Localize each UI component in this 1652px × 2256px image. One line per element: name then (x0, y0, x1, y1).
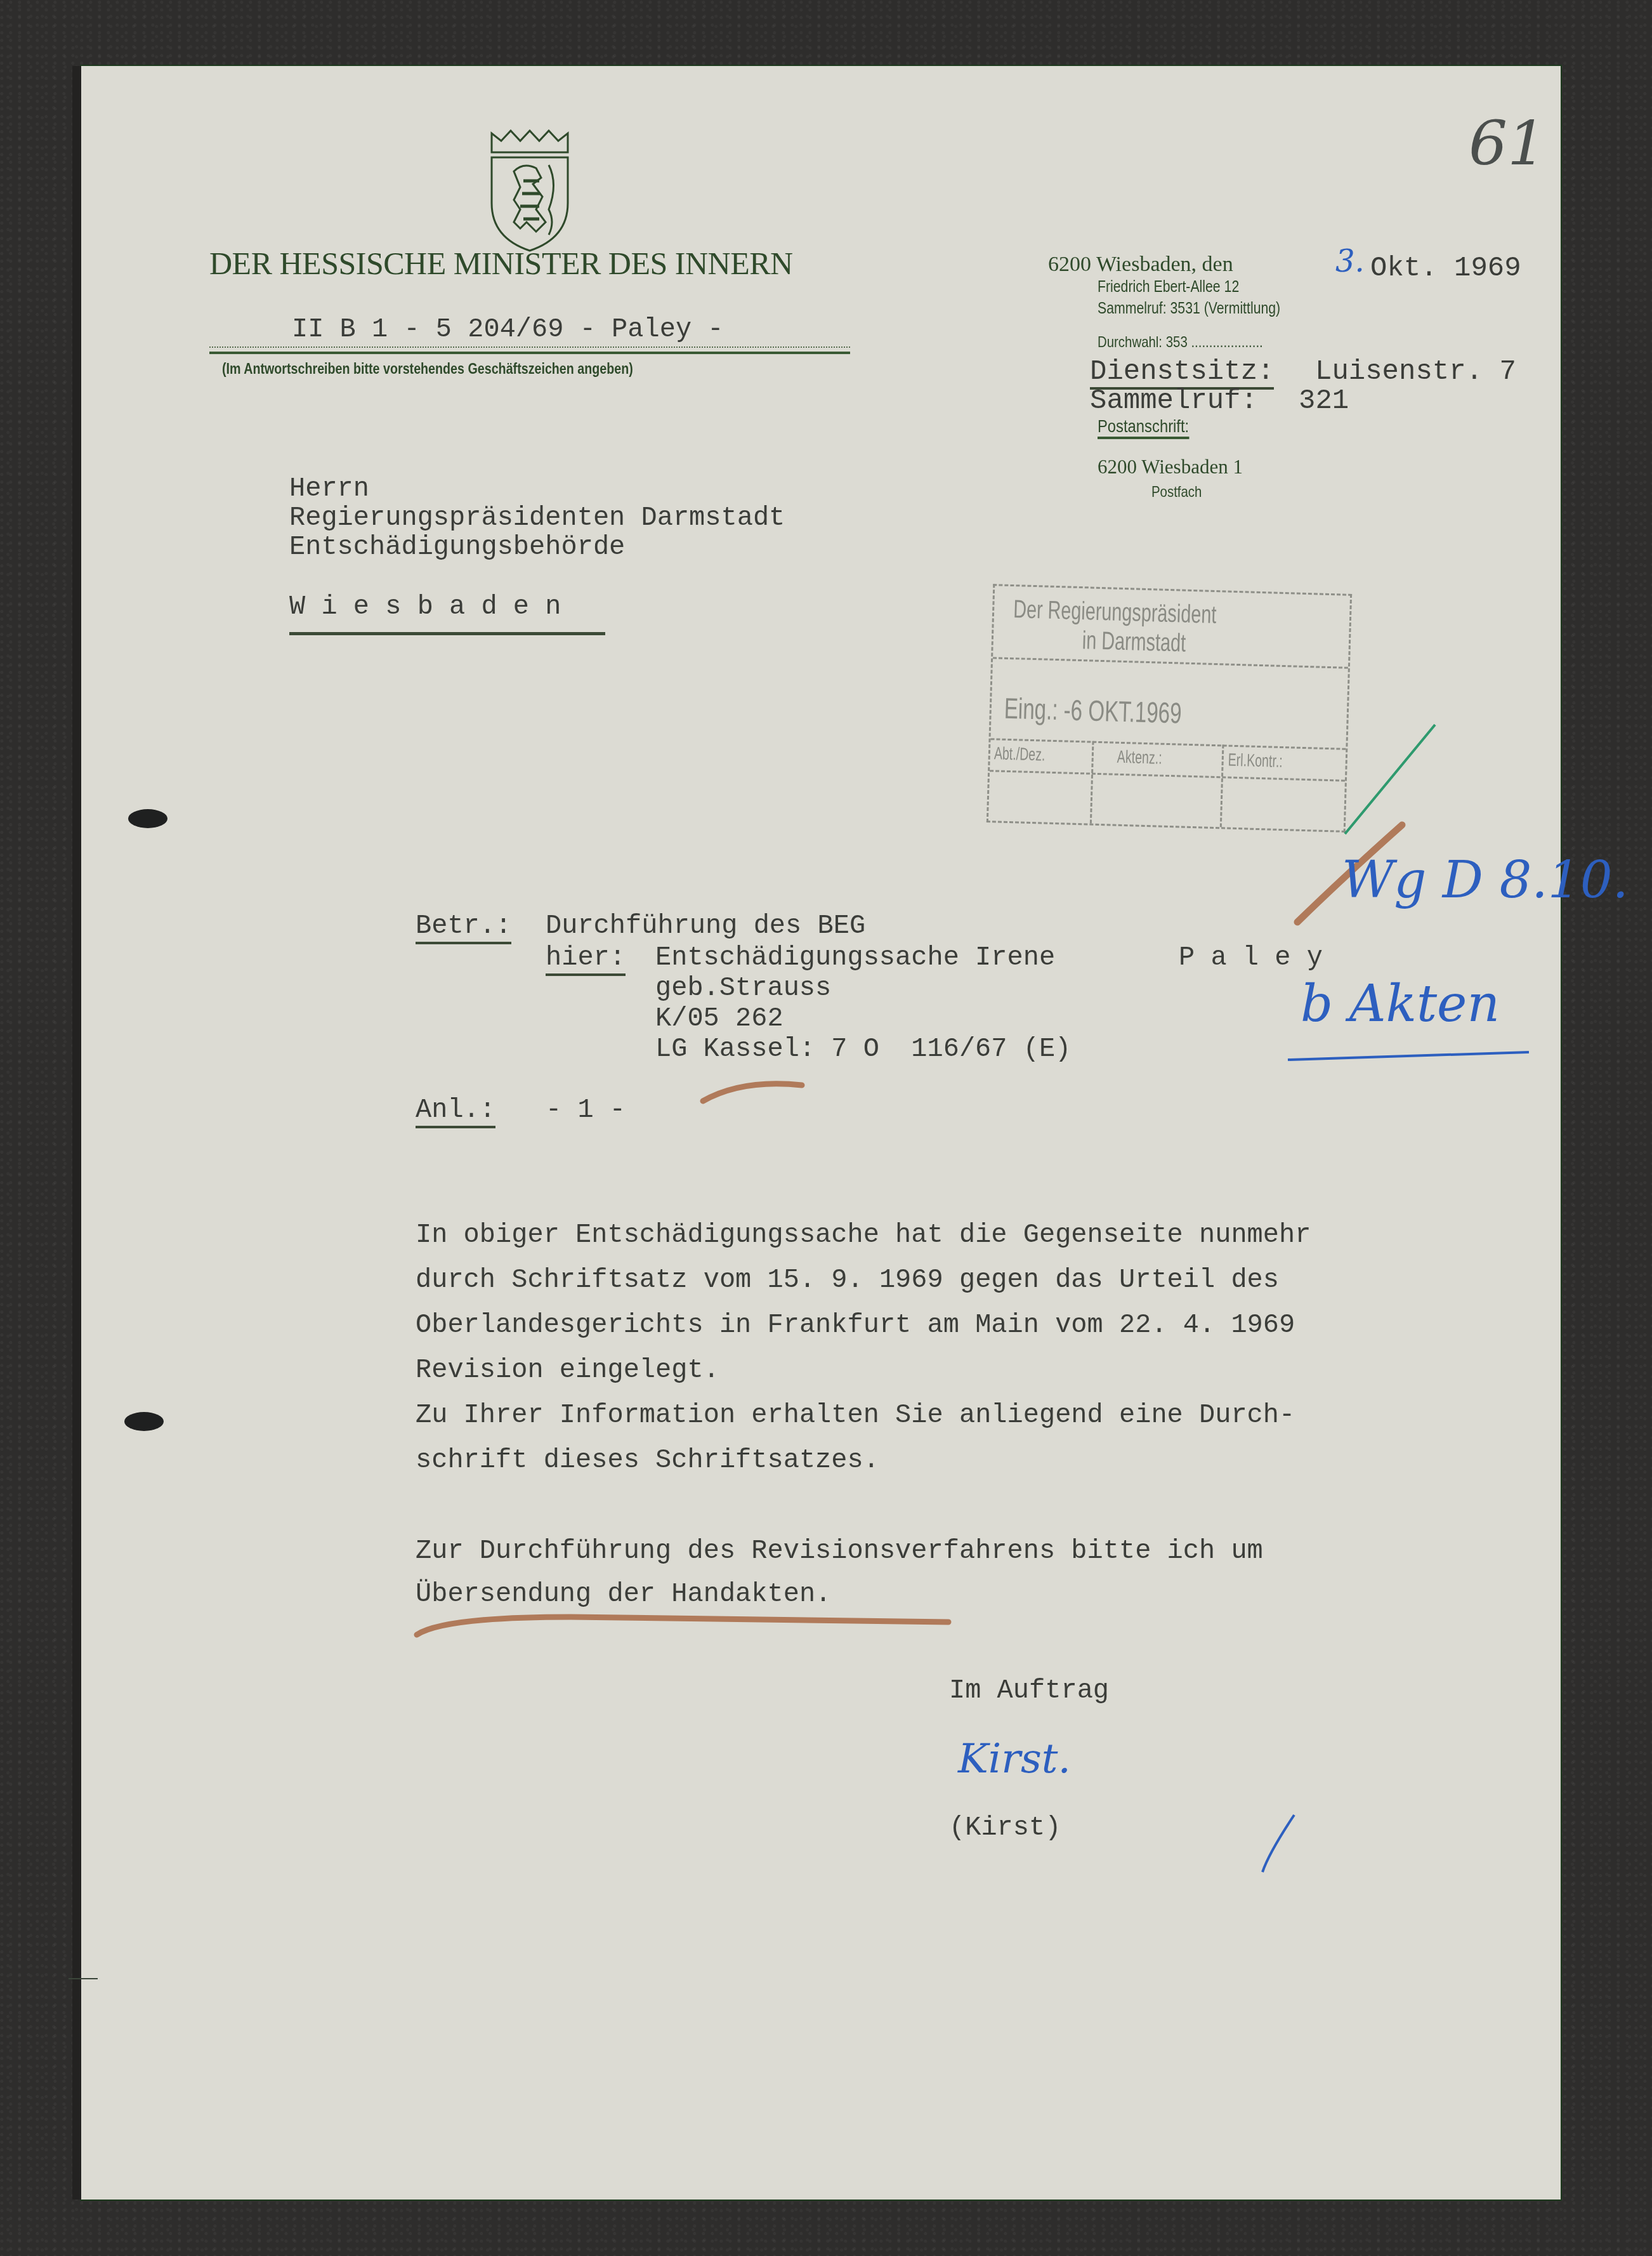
enclosure-label: Anl.: (416, 1097, 495, 1128)
subject-file-number: K/05 262 (655, 1005, 783, 1032)
subject-claimant-name: P a l e y (1179, 944, 1323, 971)
office-address: Luisenstr. 7 (1315, 357, 1516, 387)
signatory-name: (Kirst) (949, 1812, 1061, 1843)
recipient-city-underline (289, 632, 605, 635)
stamp-received-date: Eing.: -6 OKT.1969 (1004, 691, 1182, 730)
body-line: schrift dieses Schriftsatzes. (416, 1445, 879, 1475)
hole-punch-bottom (124, 1412, 164, 1431)
recipient-name: Regierungspräsidenten Darmstadt (289, 503, 785, 533)
office-phone: 321 (1299, 386, 1349, 416)
reference-dotted-rule (209, 346, 850, 348)
body-line: Übersendung der Handakten. (416, 1579, 831, 1609)
subject-maiden-name: geb.Strauss (655, 975, 831, 1001)
office-phone-label: Sammelruf: (1090, 386, 1257, 416)
stamp-col-dept: Abt./Dez. (993, 743, 1045, 765)
place-date-prefix: 6200 Wiesbaden, den (1048, 253, 1233, 277)
reference-number: II B 1 - 5 204/69 - Paley - (292, 314, 724, 345)
letter-date: Okt. 1969 (1370, 253, 1521, 284)
recipient-salutation: Herrn (289, 473, 369, 504)
handwritten-signature: Kirst. (958, 1736, 1071, 1783)
stamp-title-2: in Darmstadt (1082, 626, 1186, 658)
body-line: durch Schriftsatz vom 15. 9. 1969 gegen … (416, 1265, 1279, 1295)
folio-number: 61 (1469, 108, 1546, 179)
body-line: Oberlandesgerichts in Frankfurt am Main … (416, 1310, 1295, 1340)
body-line: Zur Durchführung des Revisionsverfahrens… (416, 1536, 1263, 1566)
handwritten-day: 3. (1335, 244, 1365, 279)
reference-note: (Im Antwortschreiben bitte vorstehendes … (222, 360, 633, 378)
closing-formula: Im Auftrag (949, 1675, 1109, 1706)
sender-street: Friedrich Ebert-Allee 12 (1098, 278, 1239, 296)
subject-detail-value: Entschädigungssache Irene (655, 944, 1055, 971)
stamp-title-1: Der Regierungspräsident (1013, 595, 1217, 630)
recipient-city: W i e s b a d e n (289, 591, 561, 622)
subject-value: Durchführung des BEG (546, 913, 865, 939)
sender-phone-main: Sammelruf: 3531 (Vermittlung) (1098, 300, 1280, 318)
body-line: In obiger Entschädigungssache hat die Ge… (416, 1220, 1311, 1250)
body-line: Revision eingelegt. (416, 1355, 719, 1385)
fold-mark (69, 1978, 98, 1979)
enclosure-count: - 1 - (546, 1097, 626, 1123)
stamp-col-control: Erl.Kontr.: (1228, 750, 1283, 772)
postal-city: 6200 Wiesbaden 1 (1098, 456, 1243, 478)
hole-punch-top (128, 809, 167, 828)
subject-court-case: LG Kassel: 7 O 116/67 (E) (655, 1036, 1071, 1062)
hesse-lion-crest-icon (485, 127, 574, 254)
receipt-stamp: Der Regierungspräsident in Darmstadt Ein… (987, 584, 1352, 833)
handwritten-note-forwarded: Wg D 8.10. (1342, 850, 1629, 909)
sender-phone-direct: Durchwahl: 353 .................... (1098, 334, 1263, 352)
reference-rule (209, 352, 850, 354)
body-line: Zu Ihrer Information erhalten Sie anlieg… (416, 1400, 1295, 1430)
postal-label: Postanschrift: (1098, 416, 1189, 439)
authority-title: DER HESSISCHE MINISTER DES INNERN (209, 245, 793, 282)
stamp-col-fileref: Aktenz.: (1117, 747, 1162, 768)
subject-label: Betr.: (416, 913, 511, 944)
subject-detail-label: hier: (546, 944, 626, 976)
recipient-department: Entschädigungsbehörde (289, 532, 625, 562)
postal-box: Postfach (1151, 484, 1202, 501)
handwritten-note-files: b Akten (1301, 974, 1500, 1033)
